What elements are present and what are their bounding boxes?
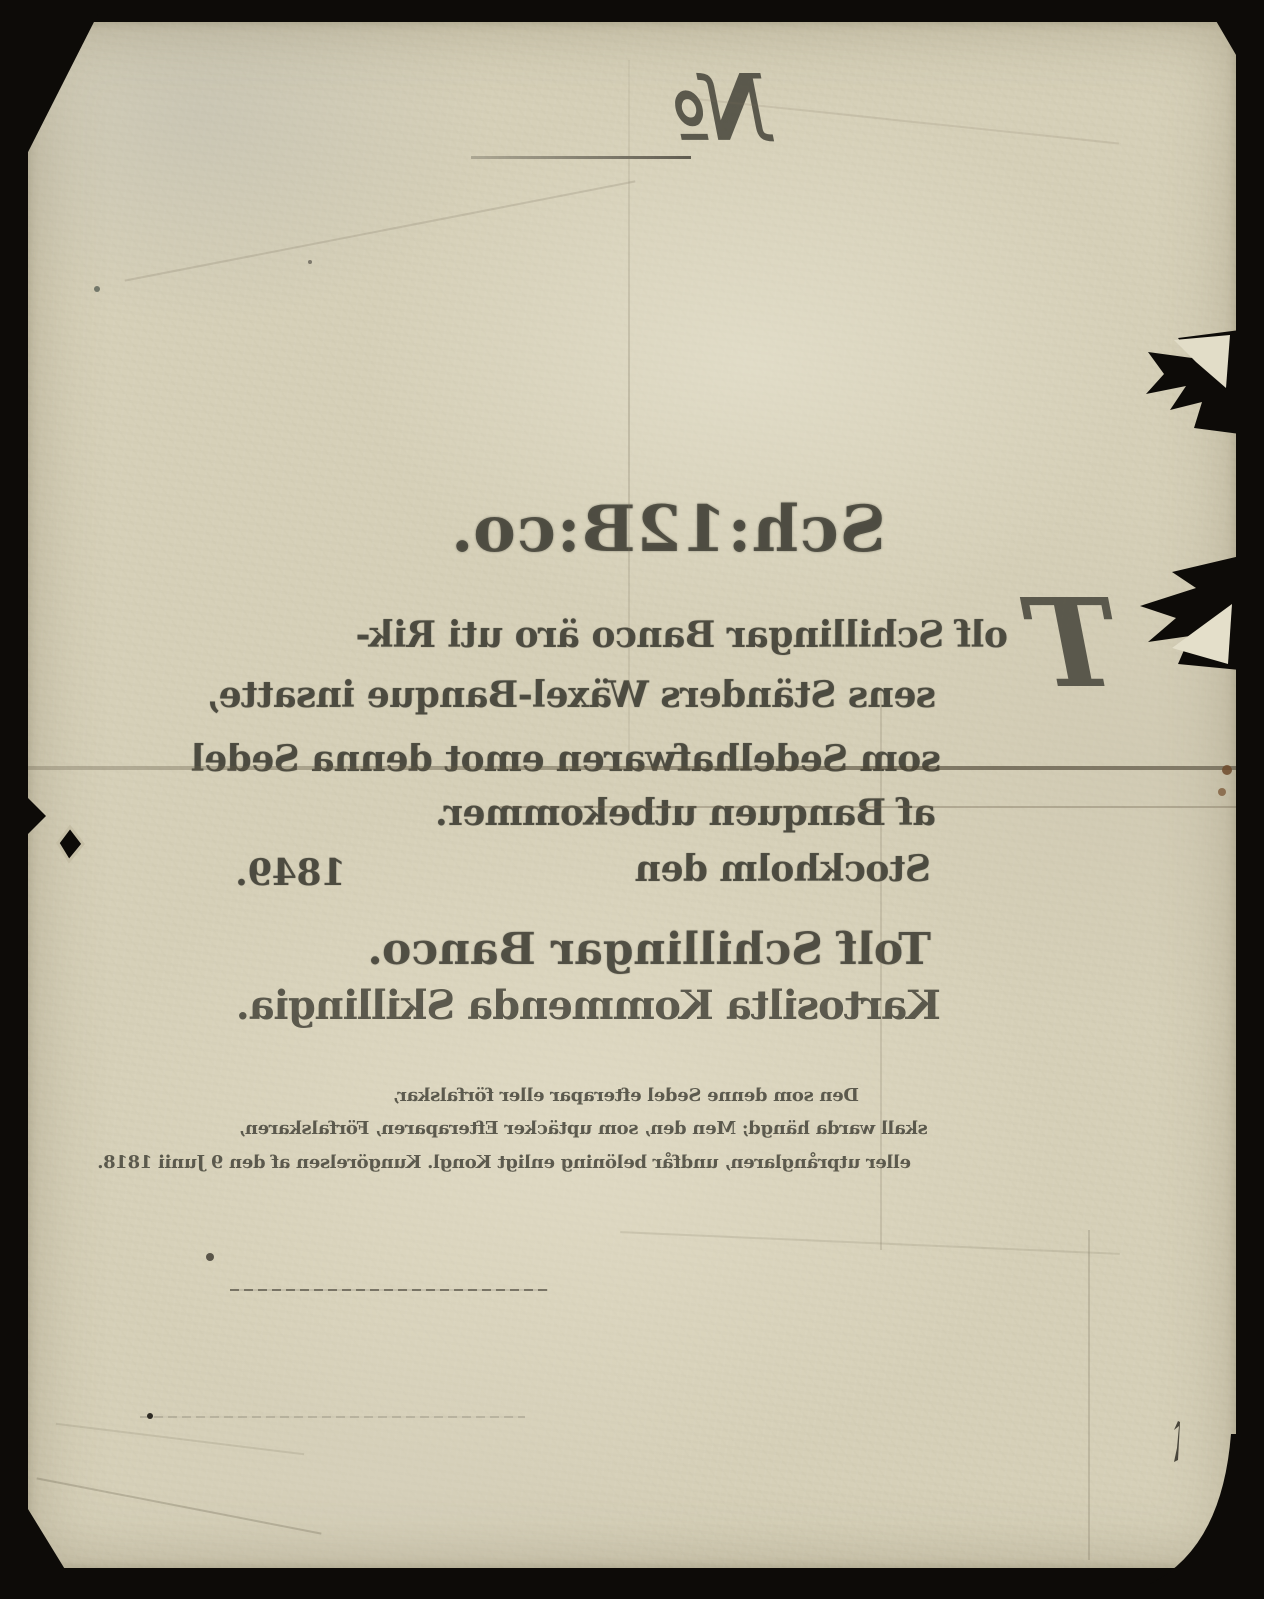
paper-sheet: № Sch:12B:co. T olf Schillingar Banco är… [28,22,1236,1568]
denomination-abbreviation: Sch:12B:co. [450,492,886,567]
body-line-3: som Sedelhafwaren emot denna Sedel [191,738,941,780]
number-symbol: № [671,62,771,154]
warning-line-1: Den som denne Sedel efterapar eller förf… [346,1085,906,1106]
body-line-2: sens Ständers Wäxel-Banque insatte, [207,674,936,716]
body-line-4: af Banquen utbekommer. [436,792,936,834]
value-line-2: Kartosilta Kommenda Skillingia. [237,982,941,1029]
pencil-line-lower [140,1416,525,1418]
mirrored-print-layer: № Sch:12B:co. T olf Schillingar Banco är… [28,22,1236,1568]
value-line-1: Tolf Schillingar Banco. [367,924,931,975]
year-figure: 1849. [236,852,346,894]
serial-number-blank-line [471,156,691,159]
banknote-photo: № Sch:12B:co. T olf Schillingar Banco är… [0,0,1264,1599]
pencil-line-upper [230,1289,548,1291]
warning-line-3: eller utprånglaren, undfår belöning enli… [186,1152,911,1173]
place-line: Stockholm den [635,848,931,890]
warning-line-2: skall warda hängd; Men den, som uptäcker… [226,1118,941,1139]
body-line-1: olf Schillingar Banco äro uti Rik- [356,614,1008,656]
drop-cap-initial: T [1027,582,1118,704]
